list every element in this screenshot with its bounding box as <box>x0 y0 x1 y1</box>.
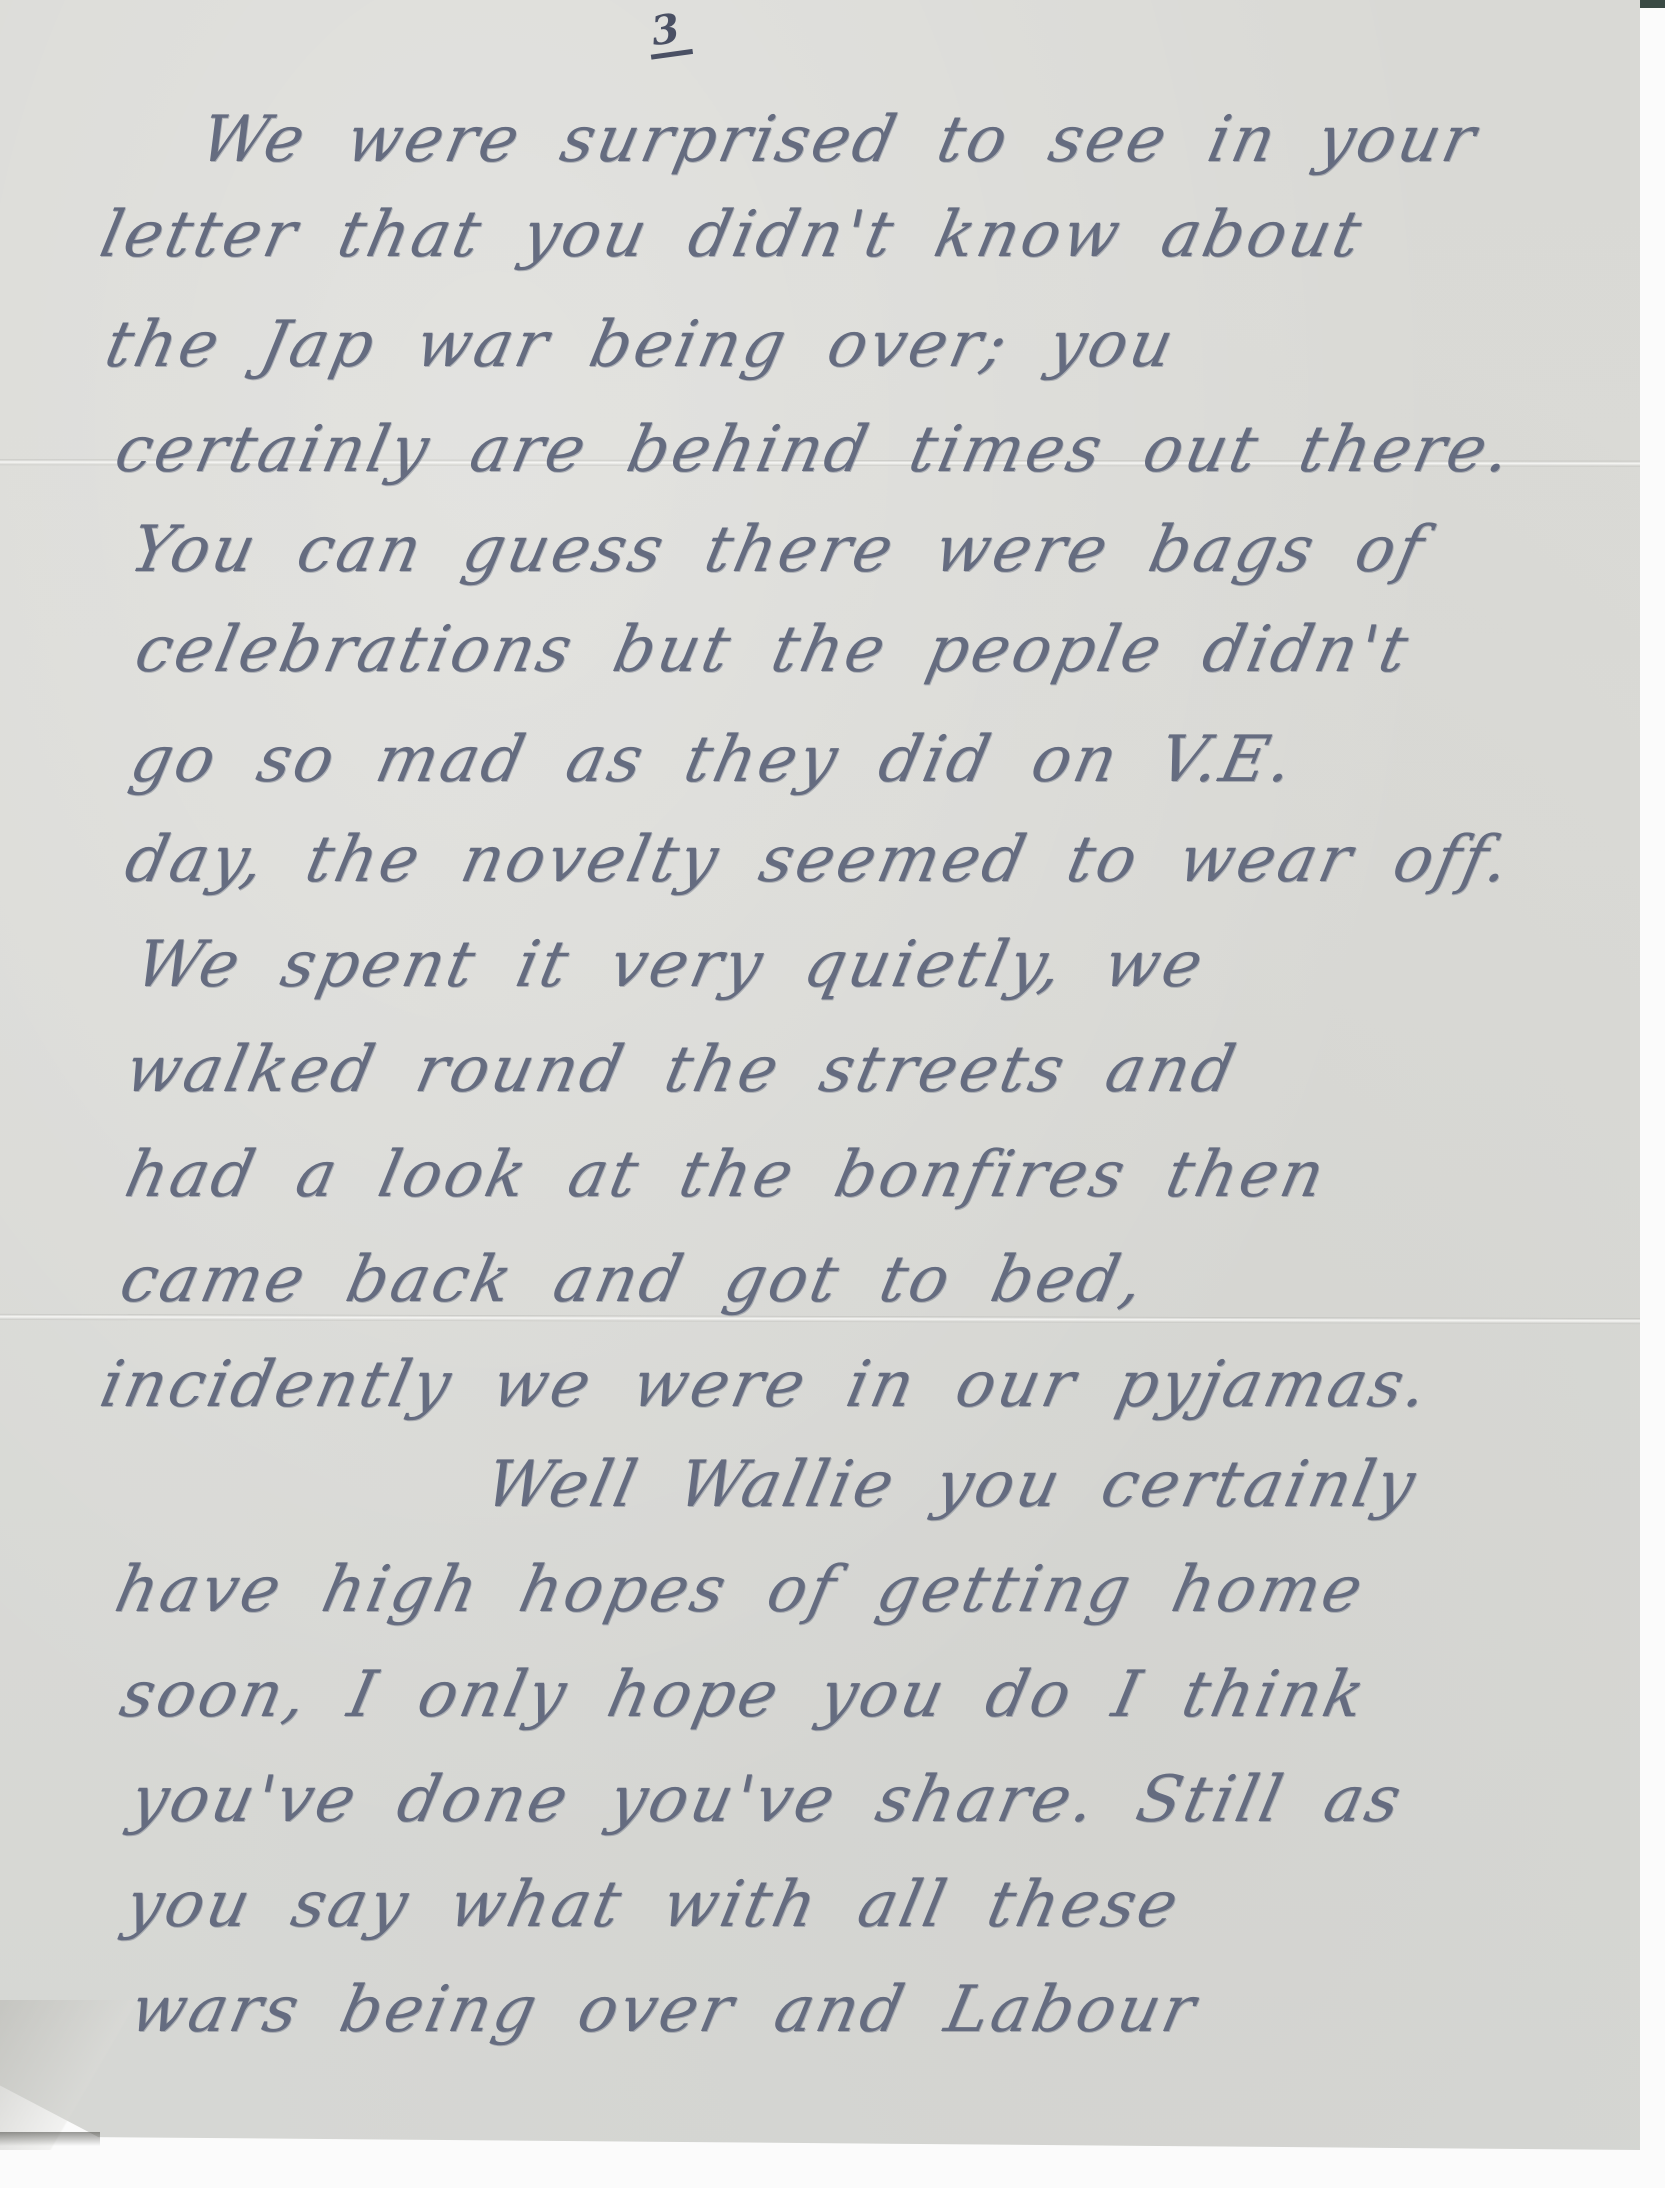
letter-line-4: certainly are behind times out there. <box>110 418 1519 482</box>
background-edge <box>1640 0 1665 8</box>
letter-line-13: incidently we were in our pyjamas. <box>95 1353 1436 1417</box>
page-number: 3 <box>645 7 693 59</box>
letter-line-3: the Jap war being over; you <box>100 313 1182 377</box>
letter-line-11: had a look at the bonfires then <box>120 1143 1332 1207</box>
letter-line-17: you've done you've share. Still as <box>125 1768 1409 1832</box>
letter-line-14: Well Wallie you certainly <box>480 1453 1423 1517</box>
letter-line-16: soon, I only hope you do I think <box>115 1663 1373 1727</box>
letter-line-18: you say what with all these <box>120 1873 1186 1937</box>
letter-line-12: came back and got to bed, <box>115 1248 1152 1312</box>
letter-line-2: letter that you didn't know about <box>95 203 1369 267</box>
folded-corner <box>0 2000 140 2150</box>
letter-line-5: You can guess there were bags of <box>125 518 1432 582</box>
letter-line-9: We spent it very quietly, we <box>130 933 1211 997</box>
letter-line-15: have high hopes of getting home <box>110 1558 1371 1622</box>
letter-line-19: wars being over and Labour <box>125 1978 1203 2042</box>
corner-shadow <box>0 2132 100 2146</box>
letter-line-1: We were surprised to see in your <box>195 108 1484 172</box>
letter-line-8: day, the novelty seemed to wear off. <box>120 828 1517 892</box>
letter-line-6: celebrations but the people didn't <box>130 618 1416 682</box>
letter-line-7: go so mad as they did on V.E. <box>125 728 1301 792</box>
letter-line-10: walked round the streets and <box>120 1038 1243 1102</box>
